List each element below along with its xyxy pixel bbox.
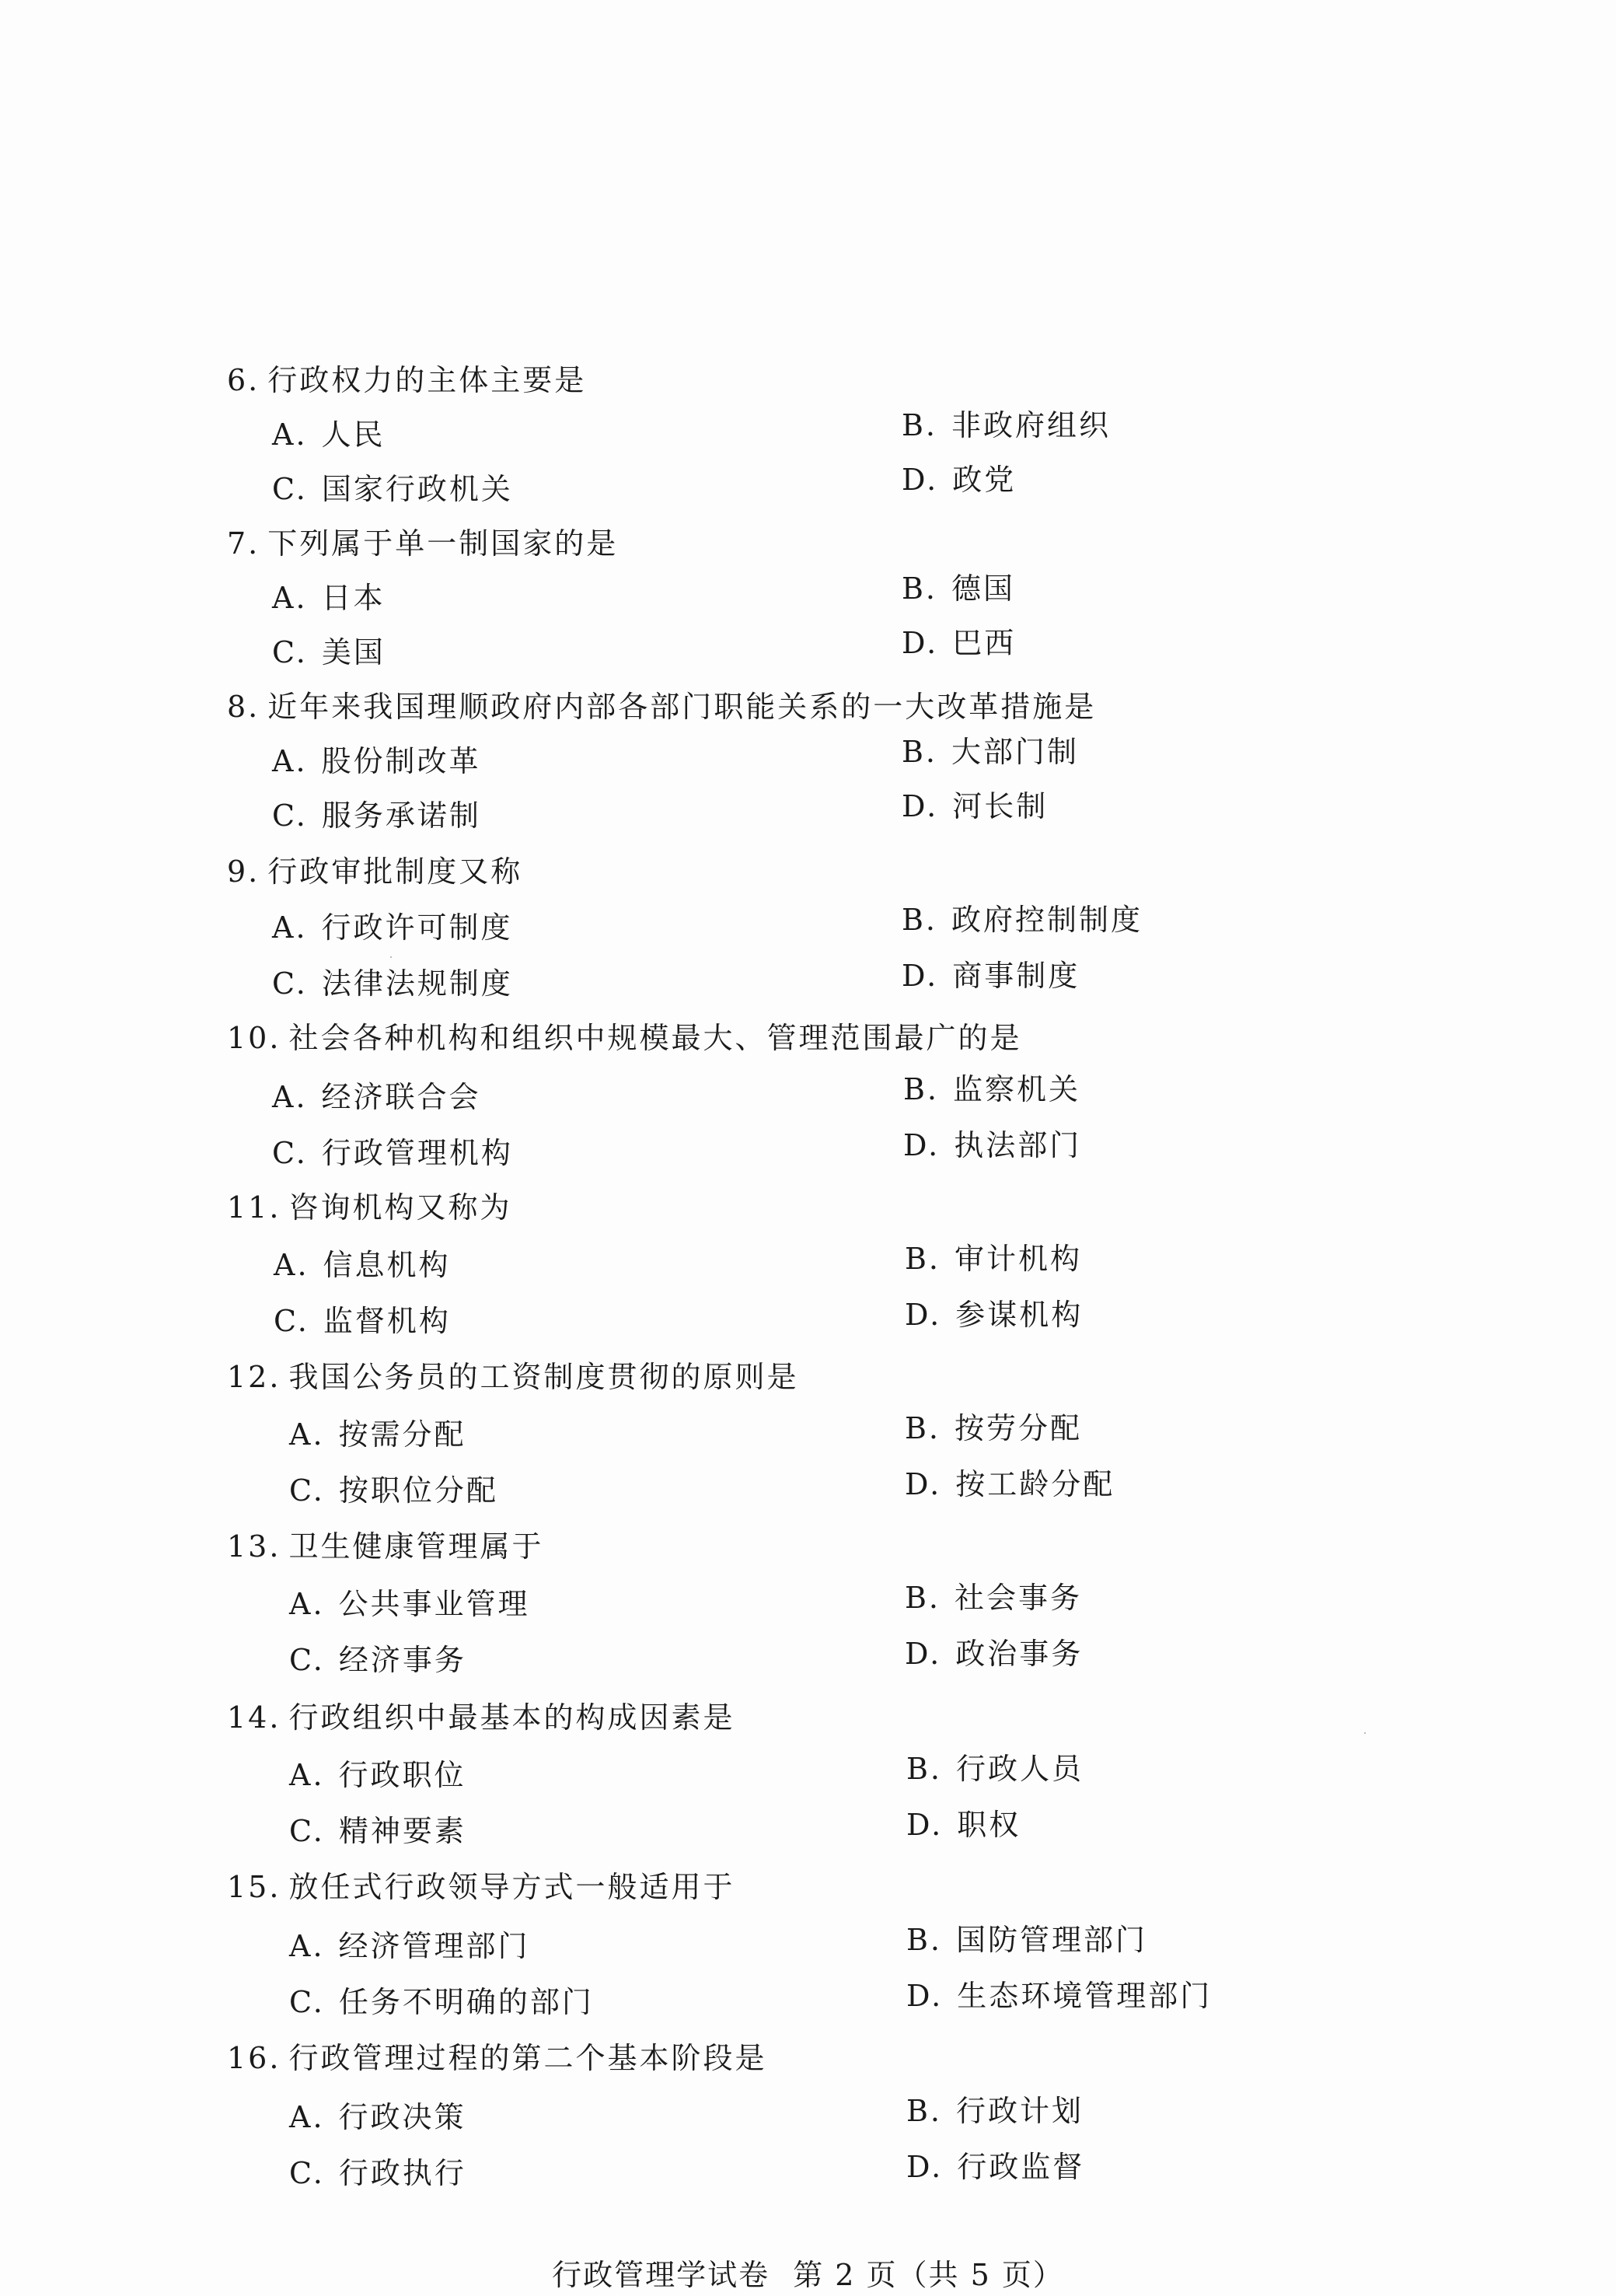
option-b: B.政府控制制度	[902, 896, 1143, 938]
question-16: 16.行政管理过程的第二个基本阶段是	[227, 2034, 766, 2077]
exam-page: 6.行政权力的主体主要是 A.人民 B.非政府组织 C.国家行政机关 D.政党 …	[0, 0, 1616, 2296]
option-d: D.商事制度	[902, 952, 1080, 994]
option-a: A.日本	[272, 574, 386, 617]
option-a: A.公共事业管理	[289, 1580, 530, 1623]
option-b: B.行政计划	[906, 2087, 1084, 2130]
option-b: B.大部门制	[902, 728, 1079, 771]
question-number: 9.	[227, 854, 260, 889]
question-number: 13.	[227, 1529, 281, 1564]
question-stem: 社会各种机构和组织中规模最大、管理范围最广的是	[288, 1021, 1021, 1055]
option-a: A.按需分配	[289, 1410, 466, 1453]
option-b: B.非政府组织	[902, 401, 1111, 444]
question-stem: 我国公务员的工资制度贯彻的原则是	[288, 1360, 798, 1394]
option-b: B.监察机关	[903, 1065, 1080, 1108]
question-7: 7.下列属于单一制国家的是	[227, 519, 618, 562]
option-c: C.按职位分配	[289, 1466, 498, 1509]
option-d: D.巴西	[902, 619, 1016, 662]
question-number: 16.	[227, 2041, 281, 2075]
option-c: C.行政执行	[289, 2149, 466, 2192]
question-8: 8.近年来我国理顺政府内部各部门职能关系的一大改革措施是	[227, 683, 1096, 725]
question-stem: 行政审批制度又称	[267, 854, 522, 889]
page-number: 第 2 页（共 5 页）	[793, 2258, 1064, 2292]
question-stem: 咨询机构又称为	[288, 1190, 511, 1225]
question-stem: 行政权力的主体主要是	[267, 363, 586, 397]
option-c: C.国家行政机关	[272, 465, 513, 508]
option-d: D.行政监督	[906, 2143, 1084, 2186]
question-15: 15.放任式行政领导方式一般适用于	[227, 1863, 735, 1906]
option-b: B.德国	[902, 564, 1015, 607]
question-11: 11.咨询机构又称为	[227, 1183, 511, 1226]
scan-speck	[1364, 1732, 1366, 1734]
option-a: A.经济管理部门	[289, 1922, 530, 1965]
question-14: 14.行政组织中最基本的构成因素是	[227, 1693, 735, 1736]
option-b: B.按劳分配	[905, 1404, 1082, 1447]
option-a: A.行政职位	[289, 1751, 466, 1794]
option-a: A.人民	[272, 411, 386, 453]
option-b: B.社会事务	[905, 1574, 1082, 1616]
option-b: B.行政人员	[906, 1745, 1084, 1788]
option-d: D.按工龄分配	[905, 1460, 1115, 1503]
question-number: 6.	[227, 363, 260, 397]
option-d: D.生态环境管理部门	[906, 1972, 1212, 2015]
question-12: 12.我国公务员的工资制度贯彻的原则是	[227, 1353, 798, 1396]
exam-title: 行政管理学试卷	[552, 2258, 770, 2292]
option-d: D.职权	[906, 1801, 1021, 1843]
option-c: C.美国	[272, 628, 386, 671]
option-d: D.政党	[902, 456, 1016, 498]
question-13: 13.卫生健康管理属于	[227, 1522, 543, 1565]
option-d: D.执法部门	[903, 1121, 1081, 1164]
question-number: 10.	[227, 1021, 281, 1055]
option-d: D.政治事务	[905, 1630, 1083, 1672]
option-c: C.服务承诺制	[272, 792, 481, 834]
question-number: 12.	[227, 1360, 281, 1394]
option-a: A.股份制改革	[272, 737, 481, 780]
question-stem: 行政组织中最基本的构成因素是	[288, 1700, 735, 1735]
option-b: B.国防管理部门	[906, 1916, 1147, 1959]
option-b: B.审计机构	[905, 1235, 1082, 1277]
question-stem: 放任式行政领导方式一般适用于	[288, 1870, 735, 1904]
question-number: 11.	[227, 1190, 281, 1225]
question-6: 6.行政权力的主体主要是	[227, 356, 586, 399]
option-c: C.监督机构	[274, 1297, 451, 1340]
option-a: A.信息机构	[274, 1241, 451, 1284]
question-number: 14.	[227, 1700, 281, 1735]
question-stem: 下列属于单一制国家的是	[267, 526, 618, 561]
option-c: C.精神要素	[289, 1807, 466, 1850]
question-10: 10.社会各种机构和组织中规模最大、管理范围最广的是	[227, 1014, 1021, 1057]
question-number: 7.	[227, 526, 260, 561]
question-stem: 近年来我国理顺政府内部各部门职能关系的一大改革措施是	[267, 690, 1096, 724]
question-number: 8.	[227, 690, 260, 724]
option-c: C.行政管理机构	[272, 1129, 513, 1172]
option-a: A.经济联合会	[272, 1073, 481, 1116]
option-c: C.任务不明确的部门	[289, 1978, 594, 2021]
option-c: C.法律法规制度	[272, 959, 513, 1002]
option-a: A.行政许可制度	[272, 903, 513, 946]
page-footer: 行政管理学试卷 第 2 页（共 5 页）	[0, 2251, 1616, 2294]
question-9: 9.行政审批制度又称	[227, 847, 522, 890]
scan-speck	[390, 956, 392, 958]
option-d: D.参谋机构	[905, 1291, 1083, 1333]
question-stem: 行政管理过程的第二个基本阶段是	[288, 2041, 766, 2075]
question-stem: 卫生健康管理属于	[288, 1529, 543, 1564]
option-a: A.行政决策	[289, 2093, 466, 2136]
question-number: 15.	[227, 1870, 281, 1904]
option-d: D.河长制	[902, 782, 1048, 825]
option-c: C.经济事务	[289, 1636, 466, 1679]
